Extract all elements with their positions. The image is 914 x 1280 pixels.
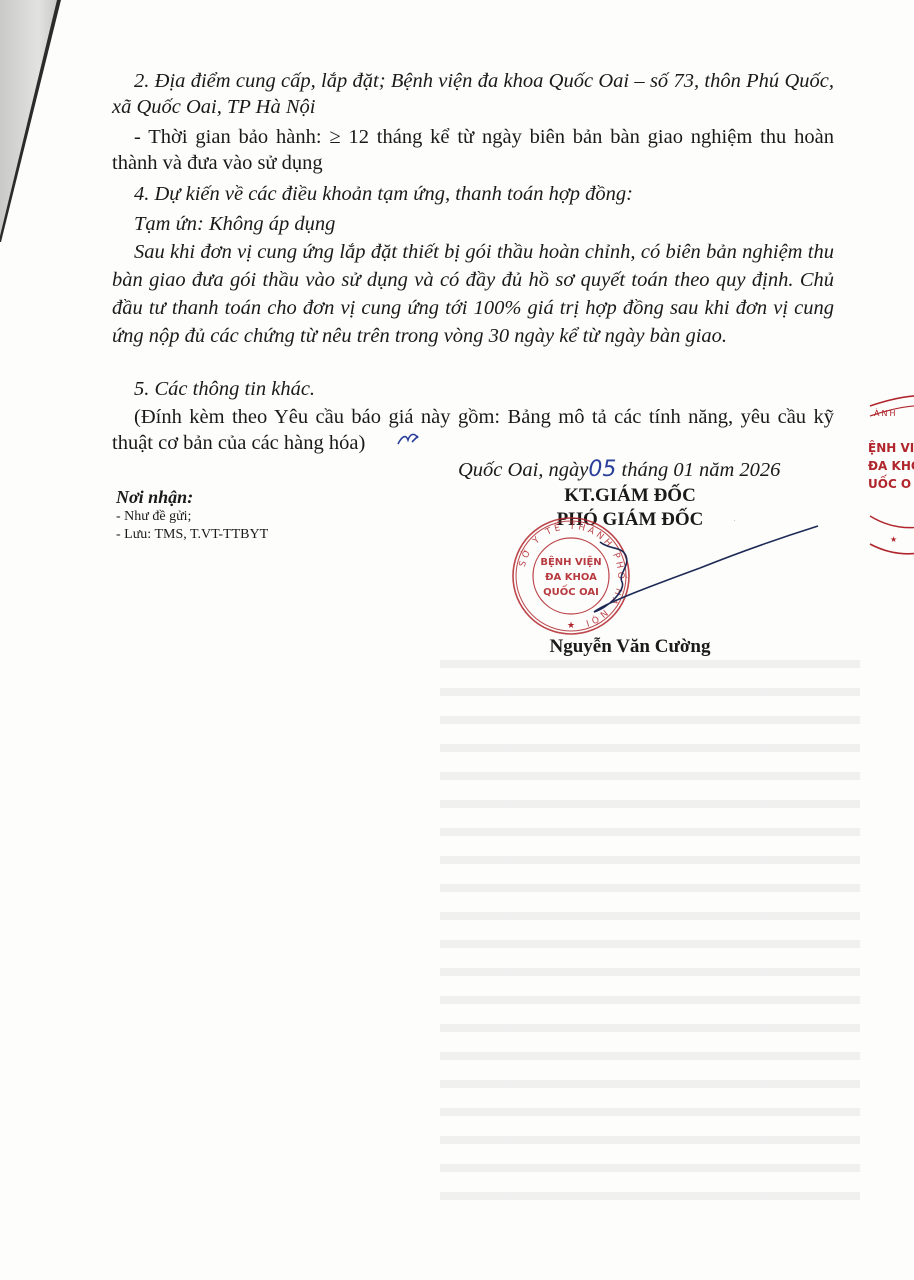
date-suffix: tháng 01 năm 2026: [616, 459, 780, 481]
svg-text:ỆNH VI: ỆNH VI: [868, 440, 914, 455]
recipients-block: Nơi nhận: - Như đề gửi; - Lưu: TMS, T.VT…: [116, 486, 268, 544]
recipient-item: - Như đề gửi;: [116, 508, 268, 526]
reverse-side-bleed-through: [440, 660, 860, 1220]
partial-side-stamp: ÀNH ỆNH VI ĐA KHO UỐC O ★: [866, 392, 914, 562]
svg-text:ÀNH: ÀNH: [874, 407, 897, 418]
page-edge-shadow: [0, 0, 70, 250]
payment-terms: Sau khi đơn vị cung ứng lắp đặt thiết bị…: [112, 238, 834, 350]
date-day-handwritten: 05: [588, 457, 616, 482]
handwritten-initial-icon: [396, 430, 422, 448]
section-4-heading: 4. Dự kiến về các điều khoản tạm ứng, th…: [112, 181, 834, 207]
section-2-location: 2. Địa điểm cung cấp, lắp đặt; Bệnh viện…: [112, 68, 834, 120]
attachment-note: (Đính kèm theo Yêu cầu báo giá này gồm: …: [112, 404, 834, 456]
signature-title-1: KT.GIÁM ĐỐC: [500, 485, 760, 507]
svg-text:★: ★: [890, 535, 897, 544]
handwritten-signature: [560, 520, 820, 640]
recipients-title: Nơi nhận:: [116, 486, 268, 508]
warranty-period: - Thời gian bảo hành: ≥ 12 tháng kể từ n…: [112, 124, 834, 176]
section-5-heading: 5. Các thông tin khác.: [112, 376, 834, 402]
svg-text:ĐA KHO: ĐA KHO: [868, 459, 914, 473]
advance-payment: Tạm ứn: Không áp dụng: [112, 211, 834, 237]
date-line: Quốc Oai, ngày05 tháng 01 năm 2026: [458, 457, 780, 482]
date-prefix: Quốc Oai, ngày: [458, 459, 588, 481]
recipient-item: - Lưu: TMS, T.VT-TTBYT: [116, 526, 268, 544]
svg-text:UỐC O: UỐC O: [868, 474, 911, 491]
signer-name: Nguyễn Văn Cường: [500, 636, 760, 658]
